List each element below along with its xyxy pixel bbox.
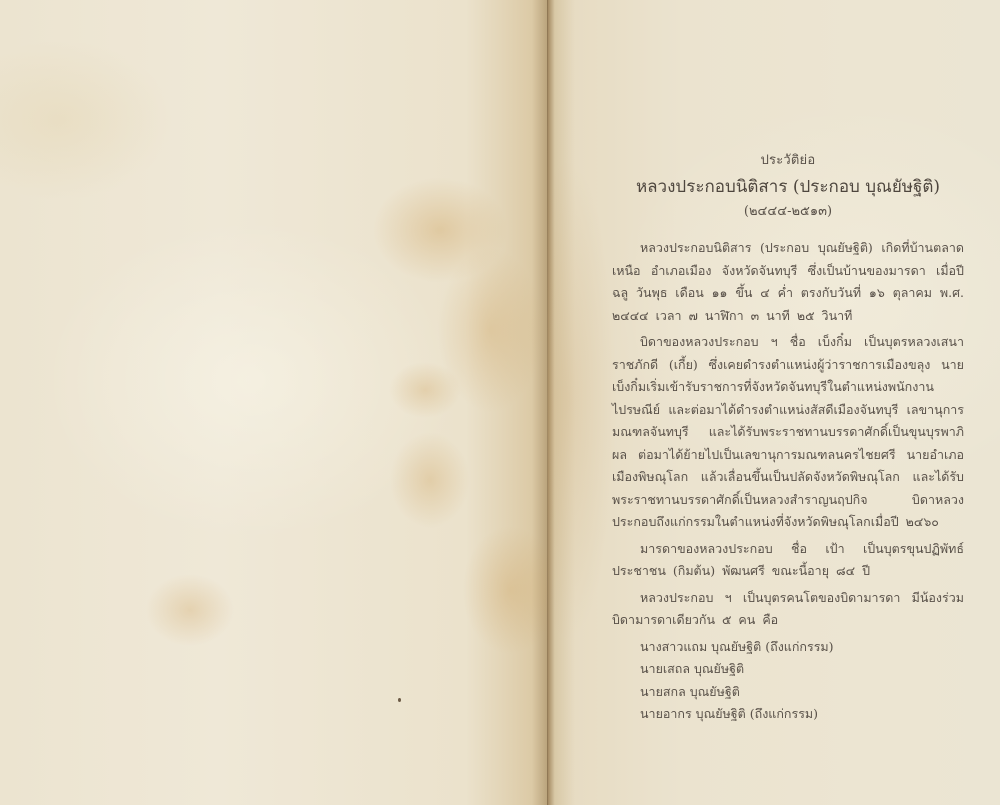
open-book: ประวัติย่อ หลวงประกอบนิติสาร (ประกอบ บุณ… — [0, 0, 1000, 805]
biography-title: หลวงประกอบนิติสาร (ประกอบ บุณยัษฐิติ) — [612, 175, 964, 199]
paragraph-birth: หลวงประกอบนิติสาร (ประกอบ บุณยัษฐิติ) เก… — [612, 237, 964, 327]
paragraph-siblings-intro: หลวงประกอบ ฯ เป็นบุตรคนโตของบิดามารดา มี… — [612, 587, 964, 632]
sibling-item: นายอากร บุณยัษฐิติ (ถึงแก่กรรม) — [640, 703, 964, 726]
left-page-blank — [0, 0, 548, 805]
sibling-item: นายสกล บุณยัษฐิติ — [640, 681, 964, 704]
life-years: (๒๔๔๔-๒๕๑๓) — [612, 201, 964, 224]
sibling-item: นางสาวแถม บุณยัษฐิติ (ถึงแก่กรรม) — [640, 636, 964, 659]
sibling-item: นายเสถล บุณยัษฐิติ — [640, 658, 964, 681]
section-subtitle: ประวัติย่อ — [612, 150, 964, 173]
sibling-list: นางสาวแถม บุณยัษฐิติ (ถึงแก่กรรม) นายเสถ… — [612, 636, 964, 726]
biography-text: ประวัติย่อ หลวงประกอบนิติสาร (ประกอบ บุณ… — [612, 150, 964, 726]
paragraph-father: บิดาของหลวงประกอบ ฯ ชื่อ เบ็งกิ๋ม เป็นบุ… — [612, 331, 964, 534]
paper-speck — [398, 698, 401, 702]
paragraph-mother: มารดาของหลวงประกอบ ชื่อ เป้า เป็นบุตรขุน… — [612, 538, 964, 583]
